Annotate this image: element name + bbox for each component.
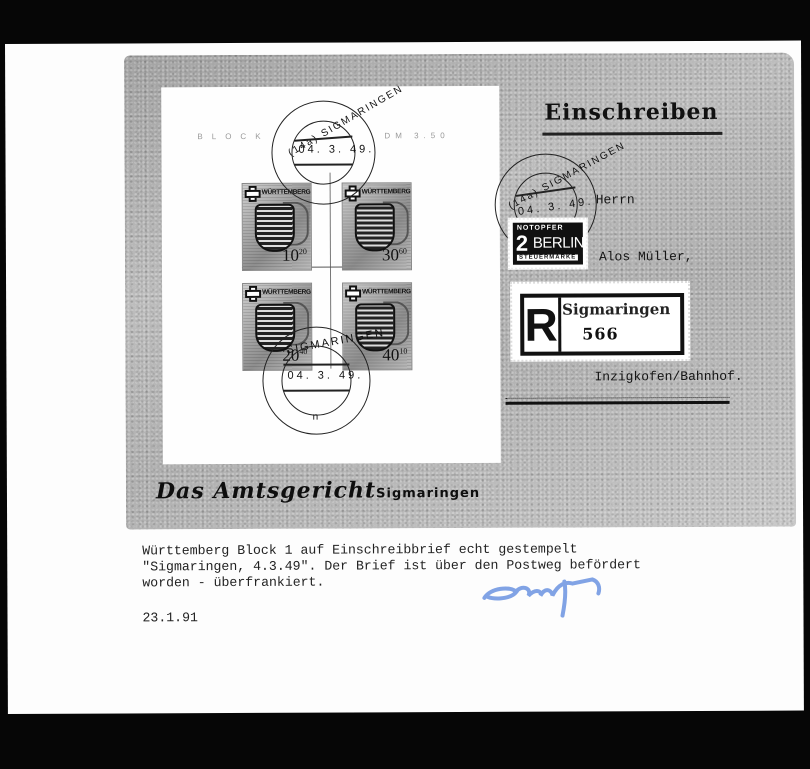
stamp-value: 3060 [382,245,407,265]
postmark-date: 04. 3. 49. [287,369,363,381]
stamp-country: WÜRTTEMBERG [362,288,411,295]
certificate-sheet: BLOCK DM 3.50 WÜRTTEMBERG 1020 WÜRTTEMBE… [5,41,804,714]
registration-number: 566 [582,324,618,343]
signature-icon [480,569,610,620]
registration-letter: R [524,298,561,352]
sender-main: Das Amtsgericht [156,477,376,504]
postmark-bar [283,364,349,366]
header-underline [542,132,722,136]
registration-place: Sigmaringen [562,300,670,318]
notopfer-city: BERLIN [533,234,584,251]
postmark-top: (14a) SIGMARINGEN 04. 3. 49. [271,100,375,204]
certificate-date: 23.1.91 [142,610,197,625]
sender-place: Sigmaringen [376,486,480,501]
postmark-bar [284,390,350,392]
sender-stamp: Das AmtsgerichtSigmaringen [156,477,480,504]
postmark-bar [295,163,353,165]
souvenir-sheet: BLOCK DM 3.50 WÜRTTEMBERG 1020 WÜRTTEMBE… [161,86,501,464]
certificate-line: worden - überfrankiert. [142,575,324,591]
address-underline [506,401,730,405]
notopfer-stamp: NOTOPFER 2 BERLIN STEUERMARKE [508,217,588,269]
block-price: DM 3.50 [384,131,449,140]
stamp-value: 4010 [382,345,407,365]
notopfer-stamp-body: NOTOPFER 2 BERLIN STEUERMARKE [513,222,583,264]
stamp-country: WÜRTTEMBERG [362,188,411,195]
address-dotted-line [506,397,730,399]
registration-frame: R Sigmaringen 566 [520,293,684,356]
block-title: BLOCK DM 3.50 [197,132,269,141]
registration-label: R Sigmaringen 566 [510,281,690,362]
coat-of-arms-icon [355,203,395,251]
notopfer-bottom: STEUERMARKE [517,255,578,261]
address-city: Inzigkofen/Bahnhof. [594,369,742,385]
postmark-date: 04. 3. 49. [298,143,374,155]
postmark-bottom: SIGMARINGEN 04. 3. 49. n [262,326,370,434]
red-cross-icon [245,286,261,302]
stamp-value: 1020 [282,246,307,266]
certificate-line: Württemberg Block 1 auf Einschreibbrief … [142,542,577,559]
stamp-country: WÜRTTEMBERG [262,289,311,296]
envelope-photo: BLOCK DM 3.50 WÜRTTEMBERG 1020 WÜRTTEMBE… [124,53,796,530]
red-cross-icon [345,285,361,301]
postmark-code: n [313,412,321,423]
registered-header: Einschreiben [544,99,718,126]
address-name: Alos Müller, [599,249,693,264]
address-salutation: Herrn [596,192,635,207]
coat-of-arms-icon [255,204,295,252]
red-cross-icon [245,186,261,202]
notopfer-value: 2 [516,231,528,257]
block-label: BLOCK [197,132,269,141]
